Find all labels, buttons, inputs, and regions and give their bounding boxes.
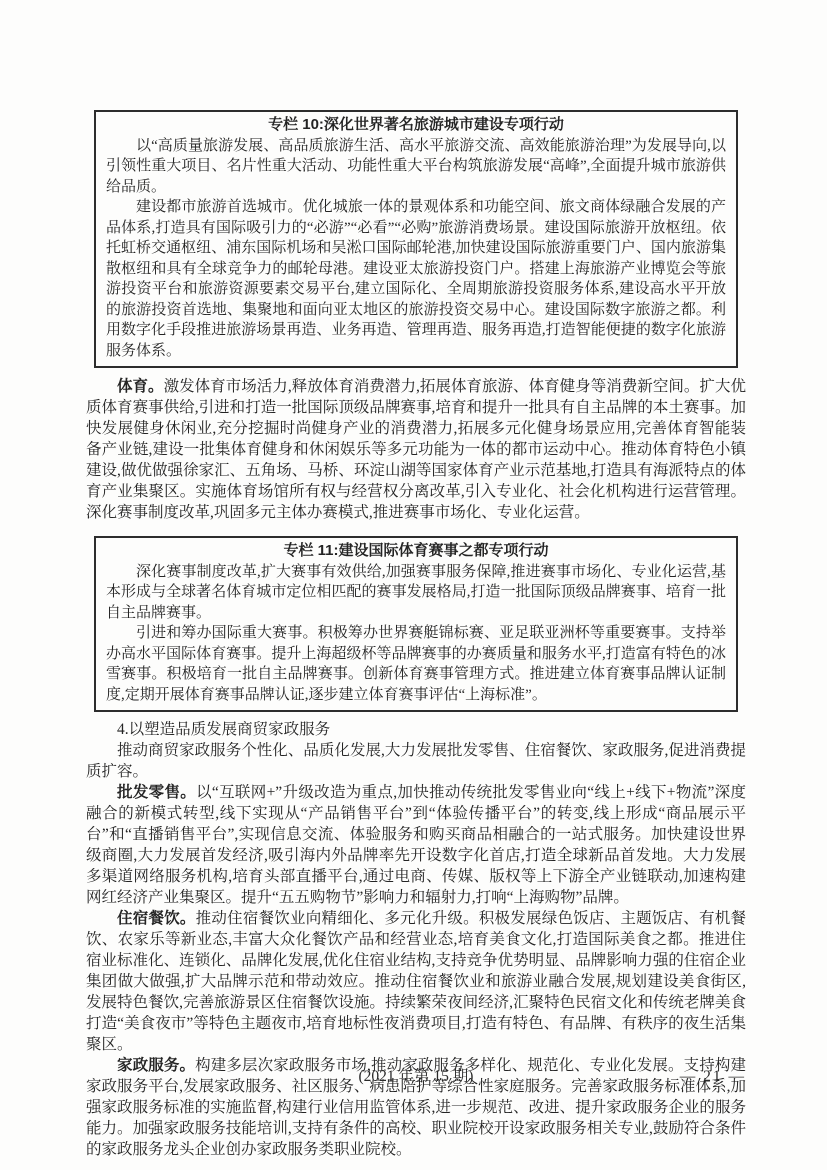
column-box-11-paragraph: 深化赛事制度改革,扩大赛事有效供给,加强赛事服务保障,推进赛事市场化、专业化运营… [106,562,726,624]
paragraph-lead-wholesale-retail: 批发零售。 [117,784,196,801]
intro-paragraph: 推动商贸家政服务个性化、品质化发展,大力发展批发零售、住宿餐饮、家政服务,促进消… [86,740,746,782]
column-box-11-paragraph: 引进和筹办国际重大赛事。积极筹办世界赛艇锦标赛、亚足联亚洲杯等重要赛事。支持举办… [106,623,726,705]
body-paragraph-sports: 体育。激发体育市场活力,释放体育消费潜力,拓展体育旅游、体育健身等消费新空间。扩… [86,376,746,523]
paragraph-text-wholesale-retail: 以“互联网+”升级改造为重点,加快推动传统批发零售业向“线上+线下+物流”深度融… [86,784,746,906]
page-number: — 21 — [680,1066,746,1088]
page-content: 专栏 10:深化世界著名旅游城市建设专项行动 以“高质量旅游发展、高品质旅游生活… [86,110,746,1160]
body-paragraph-accommodation-catering: 住宿餐饮。推动住宿餐饮业向精细化、多元化升级。积极发展绿色饭店、主题饭店、有机餐… [86,908,746,1055]
document-page: 专栏 10:深化世界著名旅游城市建设专项行动 以“高质量旅游发展、高品质旅游生活… [0,0,827,1170]
paragraph-lead-accommodation-catering: 住宿餐饮。 [117,910,196,927]
paragraph-text-accommodation-catering: 推动住宿餐饮业向精细化、多元化升级。积极发展绿色饭店、主题饭店、有机餐饮、农家乐… [86,910,746,1053]
section-heading: 4.以塑造品质发展商贸家政服务 [86,719,746,740]
column-box-10-title: 专栏 10:深化世界著名旅游城市建设专项行动 [106,115,726,136]
column-box-11: 专栏 11:建设国际体育赛事之都专项行动 深化赛事制度改革,扩大赛事有效供给,加… [94,536,738,712]
body-paragraph-wholesale-retail: 批发零售。以“互联网+”升级改造为重点,加快推动传统批发零售业向“线上+线下+物… [86,782,746,908]
page-footer: (2021 年第 15 期) — 21 — [86,1066,746,1088]
paragraph-text-sports: 激发体育市场活力,释放体育消费潜力,拓展体育旅游、体育健身等消费新空间。扩大优质… [86,378,746,521]
column-box-10-paragraph: 建设都市旅游首选城市。优化城旅一体的景观体系和功能空间、旅文商体绿融合发展的产品… [106,197,726,361]
column-box-11-title: 专栏 11:建设国际体育赛事之都专项行动 [106,541,726,562]
footer-issue-label: (2021 年第 15 期) [86,1066,746,1088]
paragraph-lead-sports: 体育。 [117,378,164,395]
column-box-10: 专栏 10:深化世界著名旅游城市建设专项行动 以“高质量旅游发展、高品质旅游生活… [94,110,738,368]
column-box-10-paragraph: 以“高质量旅游发展、高品质旅游生活、高水平旅游交流、高效能旅游治理”为发展导向,… [106,136,726,198]
